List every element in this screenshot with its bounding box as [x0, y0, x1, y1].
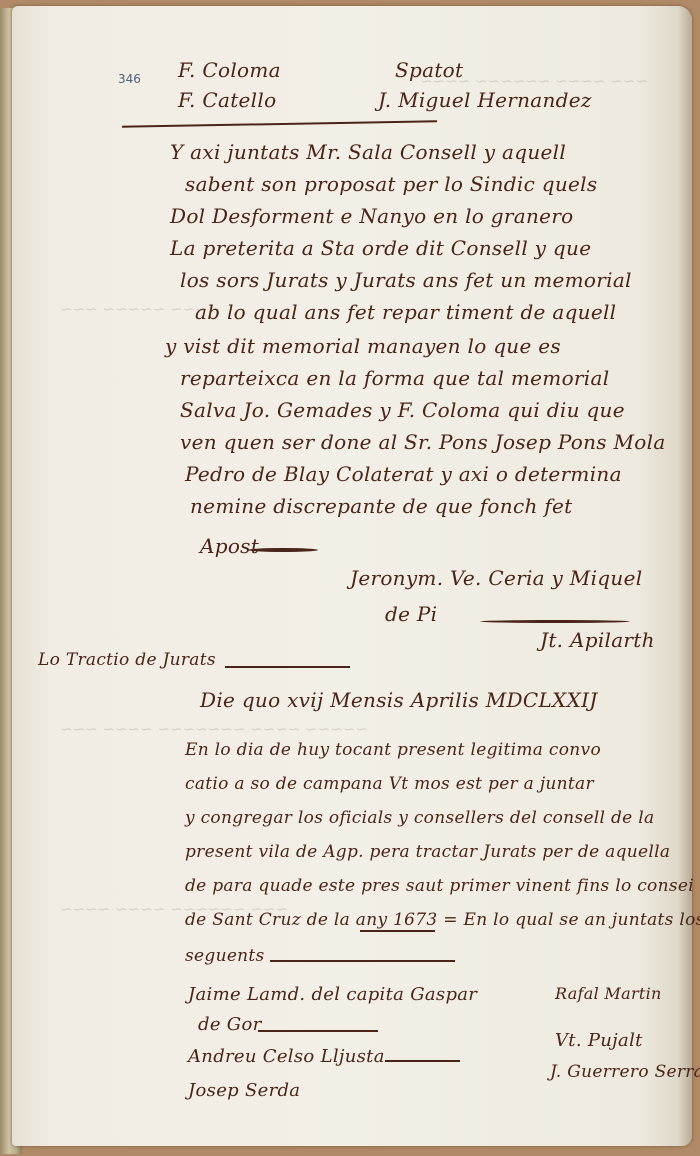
signature-flourish: [480, 620, 630, 623]
attendee: de Gor: [198, 1014, 262, 1035]
margin-title-underline: [225, 666, 350, 668]
header-signature-right-1: Spatot: [395, 58, 463, 82]
entry-1-line: nemine discrepante de que fonch fet: [190, 494, 572, 518]
line-filler: [258, 1030, 378, 1032]
entry-1-line: sabent son proposat per lo Sindic quels: [185, 172, 597, 196]
date-line: Die quo xvij Mensis Aprilis MDCLXXIJ: [200, 688, 598, 712]
flourish: [248, 548, 318, 552]
entry-1-signature: Jeronym. Ve. Ceria y Miquel: [350, 566, 642, 590]
entry-2-line: de para quade este pres saut primer vine…: [185, 876, 694, 896]
line-filler: [270, 960, 455, 962]
entry-1-signature: de Pi: [385, 602, 437, 626]
entry-1-line: Dol Desforment e Nanyo en lo granero: [170, 204, 574, 228]
entry-1-line: los sors Jurats y Jurats ans fet un memo…: [180, 268, 632, 292]
entry-2-line: En lo dia de huy tocant present legitima…: [185, 740, 601, 760]
entry-1-line: Pedro de Blay Colaterat y axi o determin…: [185, 462, 622, 486]
attendee: Rafal Martin: [555, 984, 662, 1003]
entry-2-line: de Sant Cruz de la any 1673 = En lo qual…: [185, 910, 700, 930]
header-signature-left-2: F. Catello: [178, 88, 276, 112]
entry-2-line: present vila de Agp. pera tractar Jurats…: [185, 842, 670, 862]
margin-title: Lo Tractio de Jurats: [38, 650, 216, 670]
attendee: J. Guerrero Serra: [550, 1062, 700, 1082]
entry-1-line: reparteixca en la forma que tal memorial: [180, 366, 609, 390]
entry-2-line: catio a so de campana Vt mos est per a j…: [185, 774, 594, 794]
header-signature-left-1: F. Coloma: [178, 58, 281, 82]
entry-1-line: y vist dit memorial manayen lo que es: [165, 334, 561, 358]
entry-2-line: seguents: [185, 946, 265, 966]
entry-1-line: ven quen ser done al Sr. Pons Josep Pons…: [180, 430, 666, 454]
bleed-through-text: ~~~~~ ~~~~ ~~~~~~~ ~~~~ ~~~: [60, 720, 368, 738]
attendee: Vt. Pujalt: [555, 1030, 643, 1051]
attendee: Andreu Celso Lljusta: [188, 1046, 385, 1067]
entry-1-line: La preterita a Sta orde dit Consell y qu…: [170, 236, 591, 260]
folio-number: 346: [118, 72, 141, 86]
year-underline: [360, 930, 435, 932]
entry-1-line: Apost: [200, 534, 259, 558]
entry-1-line: ab lo qual ans fet repar timent de aquel…: [195, 300, 616, 324]
page-edge-shadow: [678, 6, 692, 1146]
entry-1-line: Y axi juntats Mr. Sala Consell y aquell: [170, 140, 566, 164]
entry-2-line: y congregar los oficials y consellers de…: [185, 808, 654, 828]
attendee: Jaime Lamd. del capita Gaspar: [188, 984, 477, 1005]
entry-1-signature: Jt. Apilarth: [540, 628, 655, 652]
line-filler: [385, 1060, 460, 1062]
header-signature-right-2: J. Miguel Hernandez: [378, 88, 592, 112]
attendee: Josep Serda: [188, 1080, 300, 1101]
entry-1-line: Salva Jo. Gemades y F. Coloma qui diu qu…: [180, 398, 625, 422]
